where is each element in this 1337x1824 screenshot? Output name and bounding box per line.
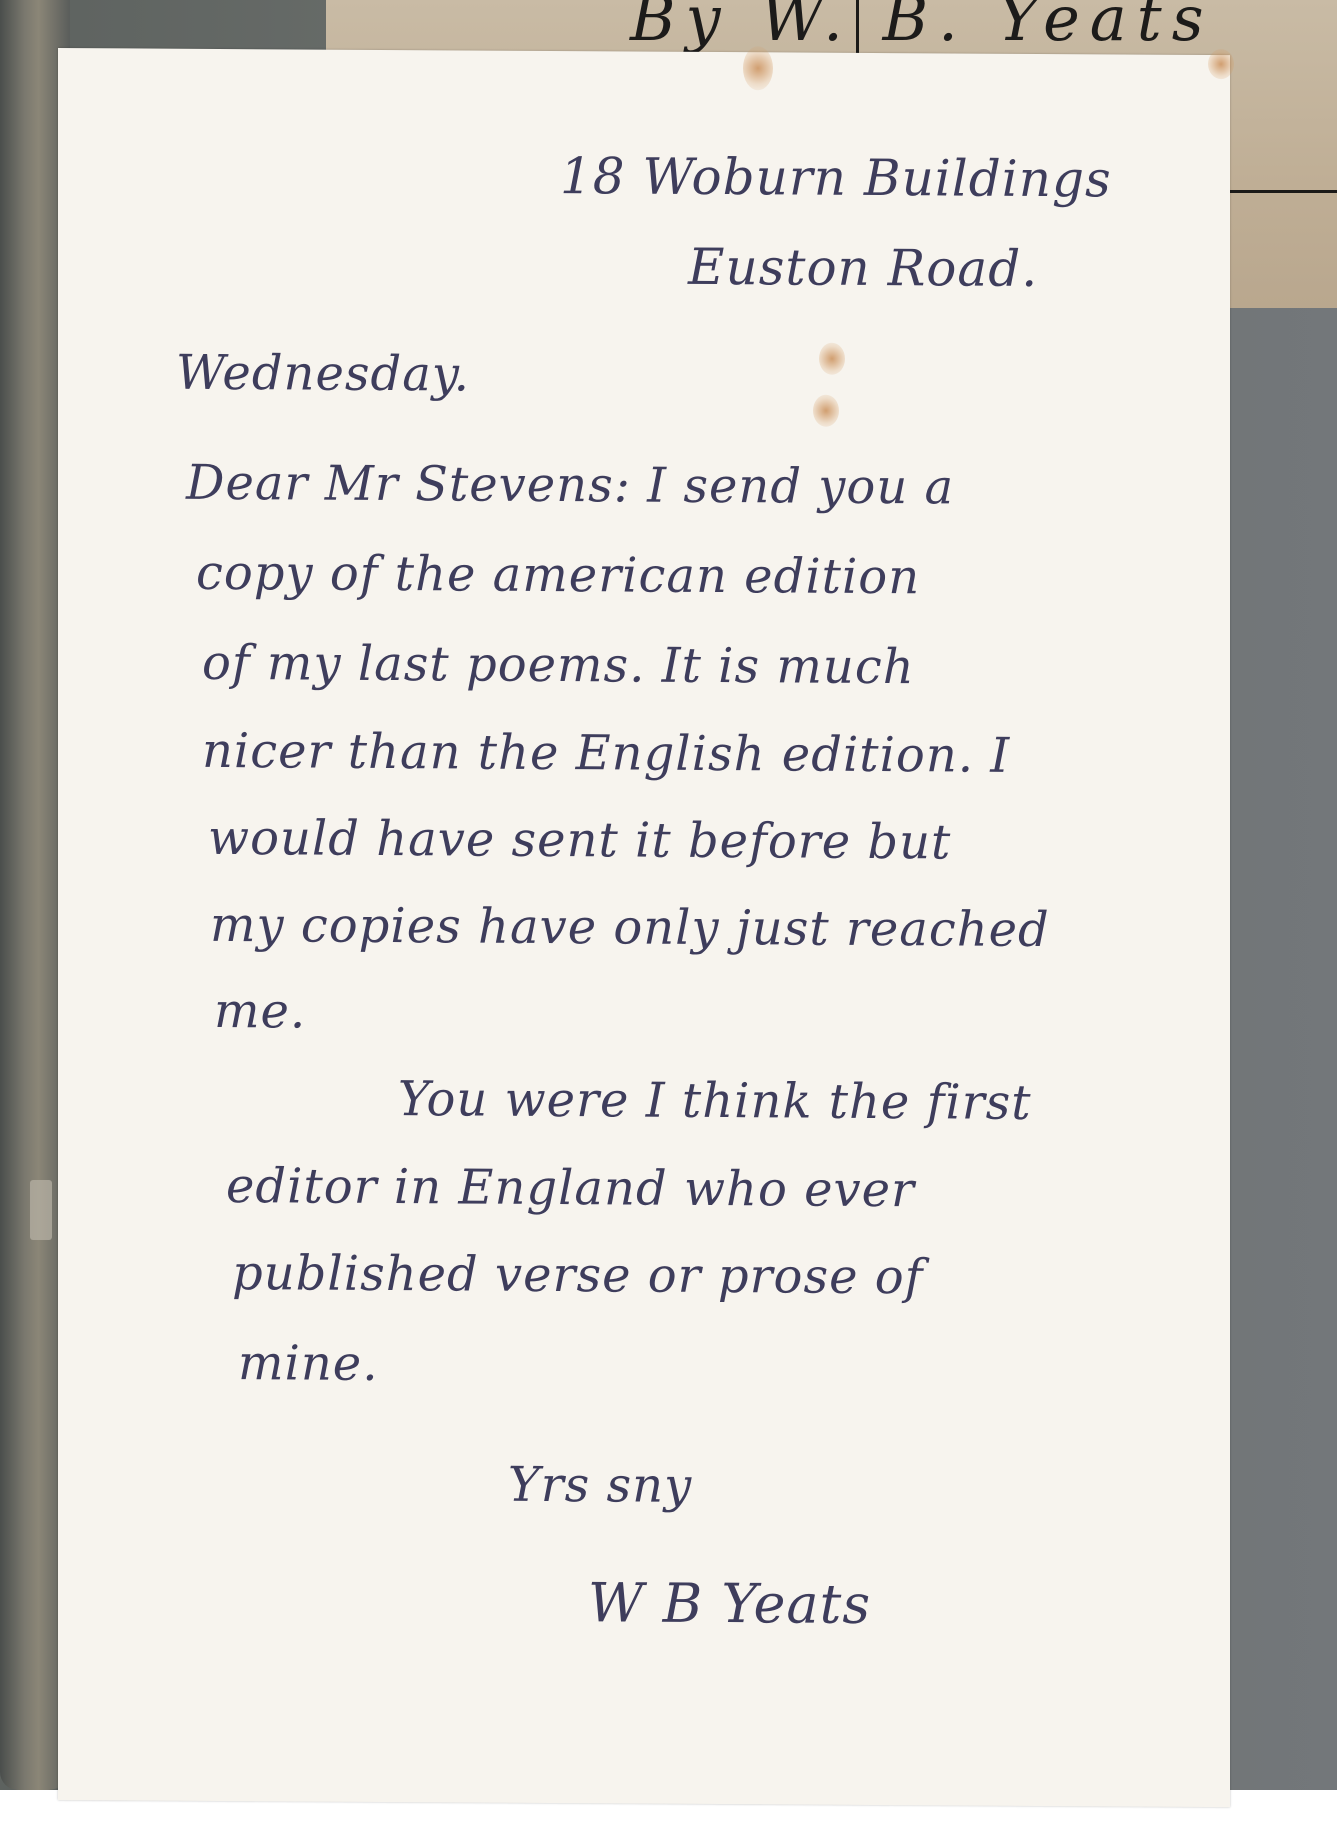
body-line: editor in England who ever — [226, 1162, 915, 1214]
stain-mid-1 — [819, 343, 845, 375]
address-line-2: Euston Road. — [688, 242, 1038, 294]
letter-signature: W B Yeats — [588, 1576, 871, 1632]
body-line: of my last poems. It is much — [202, 639, 915, 691]
body-line: Dear Mr Stevens: I send you a — [186, 459, 954, 512]
body-line: You were I think the first — [398, 1075, 1032, 1127]
book-title-text: By W. B. Yeats — [630, 0, 1214, 55]
spine-wear-mark — [30, 1180, 52, 1240]
body-line: copy of the american edition — [196, 549, 920, 601]
photo-scene: By W. B. Yeats 18 Woburn Buildings Eusto… — [0, 0, 1337, 1824]
stain-mid-2 — [813, 395, 839, 427]
body-line: mine. — [238, 1339, 378, 1388]
stain-top — [743, 46, 773, 90]
body-line: nicer than the English edition. I — [202, 727, 1010, 780]
address-line-1: 18 Woburn Buildings — [560, 151, 1112, 204]
letter-closing: Yrs sny — [508, 1461, 692, 1510]
body-line: me. — [214, 987, 306, 1036]
handwritten-letter: 18 Woburn Buildings Euston Road. Wednesd… — [58, 48, 1230, 1807]
body-line: published verse or prose of — [232, 1249, 923, 1301]
stain-corner — [1208, 49, 1234, 79]
letter-day: Wednesday. — [176, 349, 470, 399]
body-line: would have sent it before but — [208, 814, 951, 867]
body-line: my copies have only just reached — [210, 901, 1050, 954]
